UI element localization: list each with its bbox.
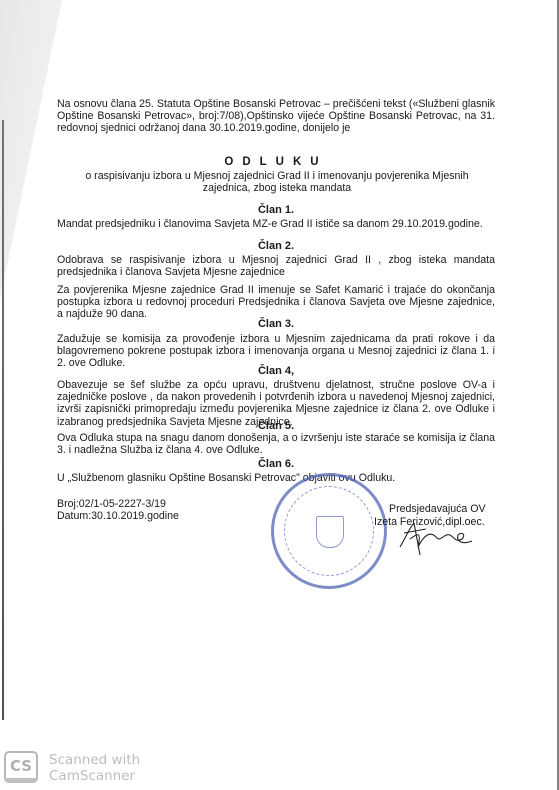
article-1-text: Mandat predsjedniku i članovima Savjeta …	[57, 218, 495, 230]
article-5-heading: Član 5.	[57, 420, 495, 432]
article-2-heading: Član 2.	[57, 240, 495, 252]
preamble: Na osnovu člana 25. Statuta Opštine Bosa…	[57, 98, 495, 135]
document-title: ODLUKU	[57, 156, 495, 168]
signatory-role: Predsjedavajuća OV	[389, 503, 486, 515]
page-left-edge	[2, 120, 4, 720]
camscanner-logo-icon: CS	[4, 751, 38, 783]
official-stamp	[271, 473, 387, 589]
watermark-line-2: CamScanner	[49, 768, 140, 784]
article-2-text-1: Odobrava se raspisivanje izbora u Mjesno…	[57, 254, 495, 278]
document-subtitle: o raspisivanju izbora u Mjesnoj zajednic…	[67, 170, 487, 194]
handwritten-signature	[396, 517, 476, 557]
article-1-heading: Član 1.	[57, 204, 495, 216]
article-6-heading: Član 6.	[57, 458, 495, 470]
coat-of-arms-icon	[316, 516, 344, 548]
camscanner-watermark: Scanned with CamScanner	[49, 752, 140, 784]
article-5-text: Ova Odluka stupa na snagu danom donošenj…	[57, 432, 495, 456]
article-4-heading: Član 4,	[57, 365, 495, 377]
article-2-text-2: Za povjerenika Mjesne zajednice Grad II …	[57, 284, 495, 321]
article-3-heading: Član 3.	[57, 318, 495, 330]
watermark-line-1: Scanned with	[49, 752, 140, 768]
article-6-text: U „Službenom glasniku Opštine Bosanski P…	[57, 472, 495, 484]
